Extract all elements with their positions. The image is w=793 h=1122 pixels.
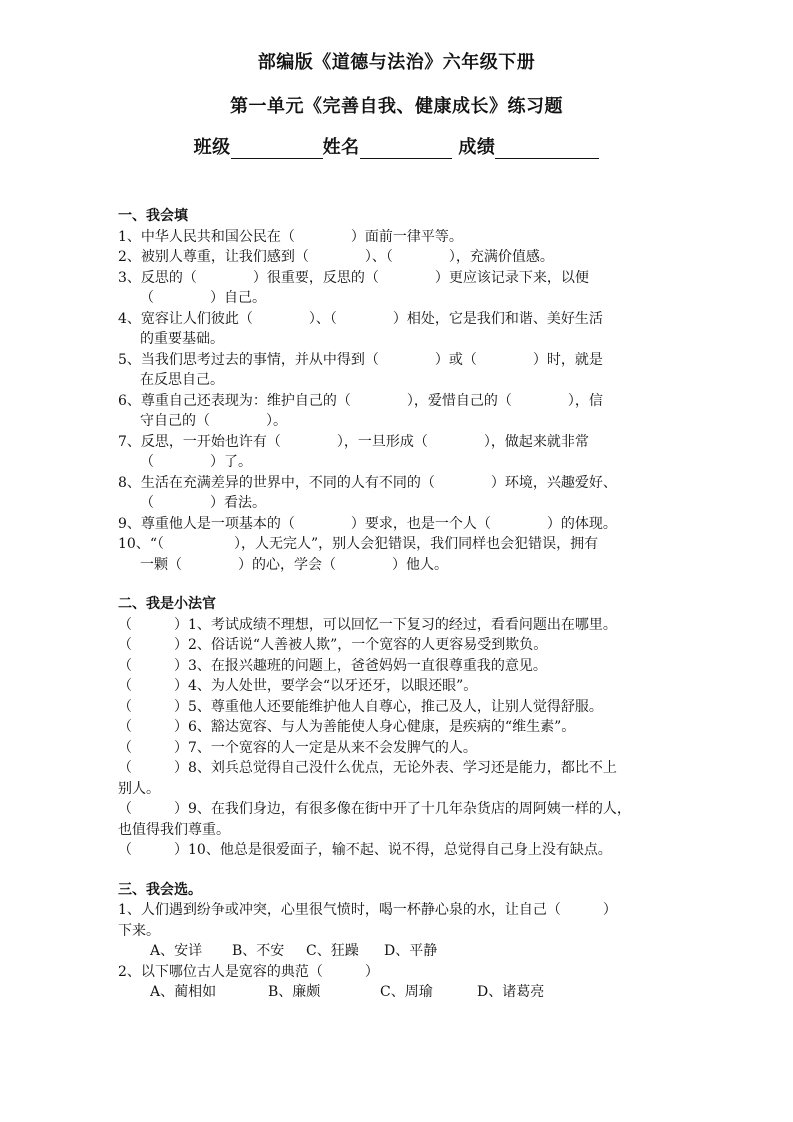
worksheet-content: 一、我会填 1、中华人民共和国公民在（ ）面前一律平等。 2、被别人尊重，让我们… <box>118 206 680 1003</box>
option-c: C、狂躁 <box>306 941 384 962</box>
judge-question-9-cont: 也值得我们尊重。 <box>118 820 680 841</box>
fill-question-7-cont: （ ）了。 <box>118 452 680 473</box>
option-d: D、平静 <box>384 941 437 962</box>
fill-question-6-cont: 守自己的（ ）。 <box>118 411 680 432</box>
choice-question-2: 2、以下哪位古人是宽容的典范（ ） <box>118 962 680 983</box>
section-heading-choice: 三、我会选。 <box>118 880 680 901</box>
judge-question-3: （ ）3、在报兴趣班的问题上，爸爸妈妈一直很尊重我的意见。 <box>118 656 680 677</box>
judge-question-7: （ ）7、一个宽容的人一定是从来不会发脾气的人。 <box>118 738 680 759</box>
option-c: C、周瑜 <box>380 982 477 1003</box>
fill-question-5-cont: 在反思自己。 <box>118 370 680 391</box>
fill-question-9: 9、尊重他人是一项基本的（ ）要求，也是一个人（ ）的体现。 <box>118 514 680 535</box>
fill-question-4: 4、宽容让人们彼此（ ）、（ ）相处，它是我们和谐、美好生活 <box>118 309 680 330</box>
class-field[interactable] <box>231 141 323 159</box>
fill-question-5: 5、当我们思考过去的事情，并从中得到（ ）或（ ）时，就是 <box>118 350 680 371</box>
option-a: A、蔺相如 <box>150 982 268 1003</box>
judge-question-8-cont: 别人。 <box>118 779 680 800</box>
class-label: 班级 <box>194 137 231 158</box>
judge-question-8: （ ）8、刘兵总觉得自己没什么优点，无论外表、学习还是能力，都比不上 <box>118 758 680 779</box>
section-heading-judge: 二、我是小法官 <box>118 594 680 615</box>
fill-question-10: 10、“（ ），人无完人”，别人会犯错误，我们同样也会犯错误，拥有 <box>118 534 680 555</box>
option-b: B、不安 <box>232 941 306 962</box>
choice-question-1-cont: 下来。 <box>118 921 680 942</box>
name-field[interactable] <box>360 141 452 159</box>
judge-question-2: （ ）2、俗话说“人善被人欺”，一个宽容的人更容易受到欺负。 <box>118 635 680 656</box>
choice-question-1: 1、人们遇到纷争或冲突，心里很气愤时，喝一杯静心泉的水，让自己（ ） <box>118 900 680 921</box>
name-label: 姓名 <box>323 137 360 158</box>
fill-question-8-cont: （ ）看法。 <box>118 493 680 514</box>
judge-question-9: （ ）9、在我们身边，有很多像在街中开了十几年杂货店的周阿姨一样的人， <box>118 799 680 820</box>
fill-question-3: 3、反思的（ ）很重要，反思的（ ）更应该记录下来，以便 <box>118 268 680 289</box>
judge-question-1: （ ）1、考试成绩不理想，可以回忆一下复习的经过，看看问题出在哪里。 <box>118 615 680 636</box>
judge-question-10: （ ）10、他总是很爱面子，输不起、说不得，总觉得自己身上没有缺点。 <box>118 840 680 861</box>
judge-question-4: （ ）4、为人处世，要学会“以牙还牙，以眼还眼”。 <box>118 676 680 697</box>
fill-question-6: 6、尊重自己还表现为：维护自己的（ ），爱惜自己的（ ），信 <box>118 391 680 412</box>
judge-question-6: （ ）6、豁达宽容、与人为善能使人身心健康，是疾病的“维生素”。 <box>118 717 680 738</box>
student-info-line: 班级姓名 成绩 <box>0 133 793 159</box>
fill-question-1: 1、中华人民共和国公民在（ ）面前一律平等。 <box>118 227 680 248</box>
fill-question-8: 8、生活在充满差异的世界中，不同的人有不同的（ ）环境，兴趣爱好、 <box>118 473 680 494</box>
page-subtitle: 第一单元《完善自我、健康成长》练习题 <box>0 92 793 118</box>
option-b: B、廉颇 <box>268 982 380 1003</box>
option-a: A、安详 <box>150 941 232 962</box>
fill-question-4-cont: 的重要基础。 <box>118 329 680 350</box>
fill-question-3-cont: （ ）自己。 <box>118 288 680 309</box>
choice-question-2-options: A、蔺相如B、廉颇C、周瑜D、诸葛亮 <box>118 982 680 1003</box>
page-title: 部编版《道德与法治》六年级下册 <box>0 48 793 74</box>
choice-question-1-options: A、安详B、不安C、狂躁D、平静 <box>118 941 680 962</box>
worksheet-page: 部编版《道德与法治》六年级下册 第一单元《完善自我、健康成长》练习题 班级姓名 … <box>0 0 793 1122</box>
score-label: 成绩 <box>458 137 495 158</box>
fill-question-7: 7、反思，一开始也许有（ ），一旦形成（ ），做起来就非常 <box>118 432 680 453</box>
section-heading-fill: 一、我会填 <box>118 206 680 227</box>
score-field[interactable] <box>495 141 599 159</box>
judge-question-5: （ ）5、尊重他人还要能维护他人自尊心，推己及人，让别人觉得舒服。 <box>118 697 680 718</box>
option-d: D、诸葛亮 <box>477 982 544 1003</box>
fill-question-10-cont: 一颗（ ）的心，学会（ ）他人。 <box>118 555 680 576</box>
fill-question-2: 2、被别人尊重，让我们感到（ ）、（ ），充满价值感。 <box>118 247 680 268</box>
